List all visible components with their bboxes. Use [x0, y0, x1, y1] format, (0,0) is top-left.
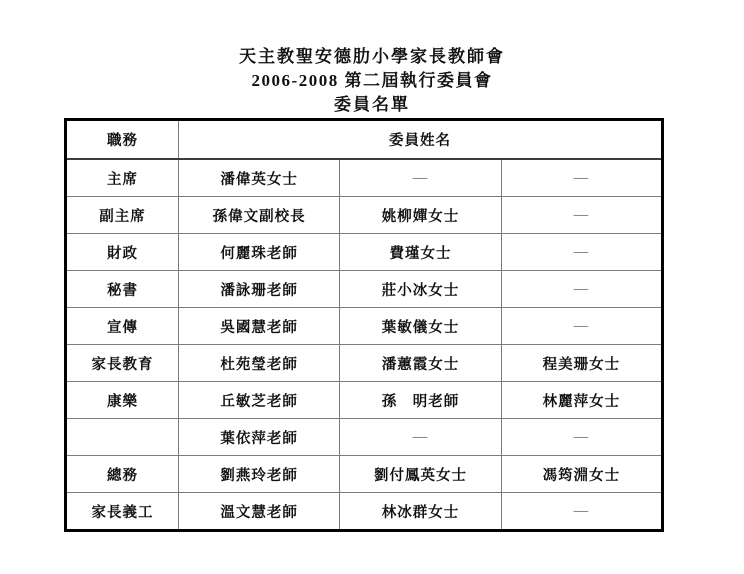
- member-name-cell: —: [340, 159, 501, 197]
- committee-members-table: 職務 委員姓名 主席 潘偉英女士 — — 副主席 孫偉文副校長 姚柳嬋女士 — …: [64, 118, 664, 532]
- title-line-organization: 天主教聖安德肋小學家長教師會: [0, 45, 744, 69]
- header-cell-position: 職務: [66, 120, 179, 160]
- member-name-cell: 孫偉文副校長: [179, 197, 340, 234]
- member-name-cell: 潘詠珊老師: [179, 271, 340, 308]
- member-name-cell: 潘偉英女士: [179, 159, 340, 197]
- member-name-cell: —: [501, 197, 662, 234]
- table-row: 總務 劉燕玲老師 劉付鳳英女士 馮筠淵女士: [66, 456, 663, 493]
- member-name-cell: 葉依萍老師: [179, 419, 340, 456]
- position-cell: 宣傳: [66, 308, 179, 345]
- member-name-cell: 何麗珠老師: [179, 234, 340, 271]
- member-name-cell: 馮筠淵女士: [501, 456, 662, 493]
- member-name-cell: —: [501, 271, 662, 308]
- position-cell: 主席: [66, 159, 179, 197]
- member-name-cell: 林麗萍女士: [501, 382, 662, 419]
- member-name-cell: 杜苑瑩老師: [179, 345, 340, 382]
- position-cell: 總務: [66, 456, 179, 493]
- table-row: 主席 潘偉英女士 — —: [66, 159, 663, 197]
- title-line-term: 2006-2008 第二屆執行委員會: [0, 69, 744, 93]
- member-name-cell: 潘蕙霞女士: [340, 345, 501, 382]
- member-name-cell: 丘敏芝老師: [179, 382, 340, 419]
- table-row: 家長義工 溫文慧老師 林冰群女士 —: [66, 493, 663, 531]
- table-row: 副主席 孫偉文副校長 姚柳嬋女士 —: [66, 197, 663, 234]
- table-row: 財政 何麗珠老師 費瑾女士 —: [66, 234, 663, 271]
- member-name-cell: 林冰群女士: [340, 493, 501, 531]
- position-cell: 康樂: [66, 382, 179, 419]
- position-cell: 家長教育: [66, 345, 179, 382]
- member-name-cell: 劉付鳳英女士: [340, 456, 501, 493]
- table-row: 家長教育 杜苑瑩老師 潘蕙霞女士 程美珊女士: [66, 345, 663, 382]
- document-title-block: 天主教聖安德肋小學家長教師會 2006-2008 第二屆執行委員會 委員名單: [0, 45, 744, 117]
- position-cell: [66, 419, 179, 456]
- member-name-cell: 葉敏儀女士: [340, 308, 501, 345]
- member-name-cell: —: [501, 308, 662, 345]
- member-name-cell: 費瑾女士: [340, 234, 501, 271]
- member-name-cell: 莊小冰女士: [340, 271, 501, 308]
- member-name-cell: —: [501, 493, 662, 531]
- member-name-cell: 劉燕玲老師: [179, 456, 340, 493]
- member-name-cell: —: [340, 419, 501, 456]
- table-header-row: 職務 委員姓名: [66, 120, 663, 160]
- header-cell-member-names: 委員姓名: [179, 120, 663, 160]
- member-name-cell: 溫文慧老師: [179, 493, 340, 531]
- member-name-cell: —: [501, 159, 662, 197]
- member-name-cell: 程美珊女士: [501, 345, 662, 382]
- position-cell: 副主席: [66, 197, 179, 234]
- document-page: 天主教聖安德肋小學家長教師會 2006-2008 第二屆執行委員會 委員名單 職…: [0, 0, 744, 574]
- member-name-cell: 姚柳嬋女士: [340, 197, 501, 234]
- member-name-cell: 吳國慧老師: [179, 308, 340, 345]
- member-name-cell: —: [501, 234, 662, 271]
- member-name-cell: 孫 明老師: [340, 382, 501, 419]
- title-line-list-name: 委員名單: [0, 93, 744, 117]
- table-row: 宣傳 吳國慧老師 葉敏儀女士 —: [66, 308, 663, 345]
- table-row: 葉依萍老師 — —: [66, 419, 663, 456]
- table-row: 康樂 丘敏芝老師 孫 明老師 林麗萍女士: [66, 382, 663, 419]
- position-cell: 財政: [66, 234, 179, 271]
- position-cell: 家長義工: [66, 493, 179, 531]
- table-row: 秘書 潘詠珊老師 莊小冰女士 —: [66, 271, 663, 308]
- member-name-cell: —: [501, 419, 662, 456]
- position-cell: 秘書: [66, 271, 179, 308]
